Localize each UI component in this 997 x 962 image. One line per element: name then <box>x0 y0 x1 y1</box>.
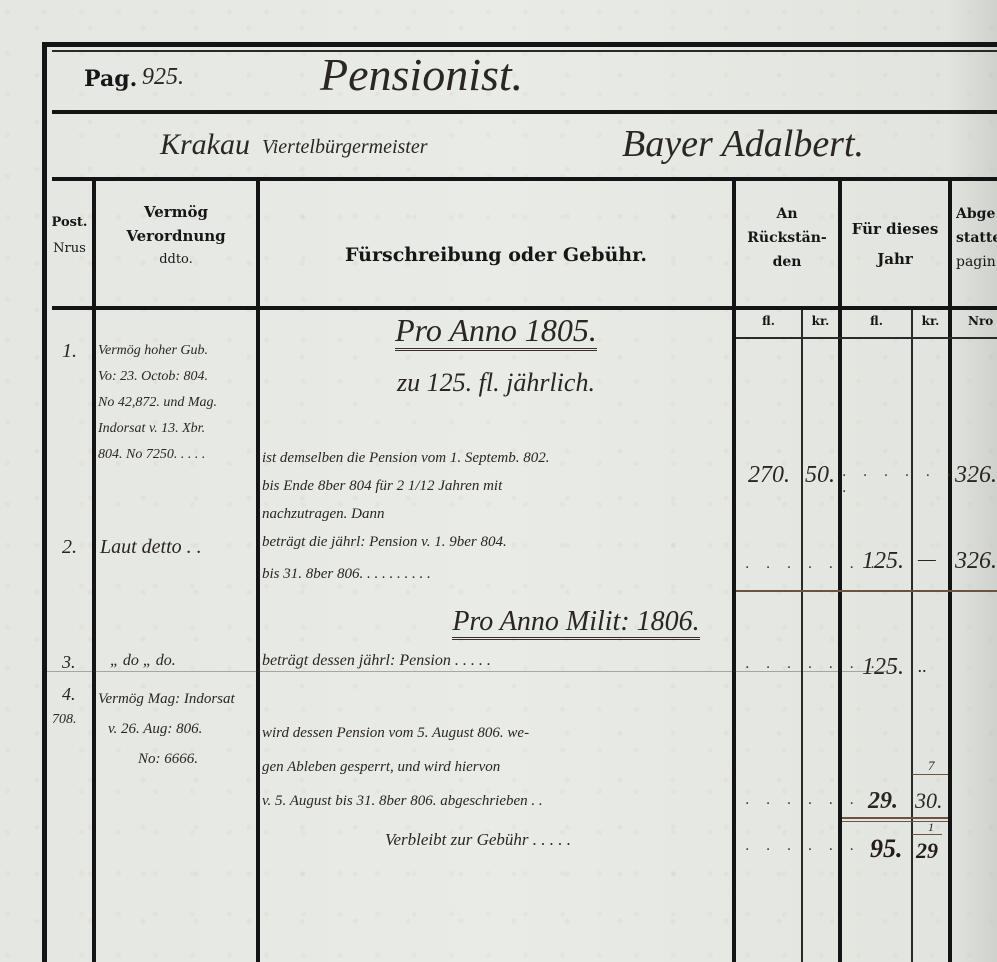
summary-kr-note-rule <box>912 834 942 835</box>
entry-3-jahr-fl: 125. <box>862 654 904 681</box>
subheader-rueck-fl: fl. <box>736 314 801 328</box>
col-rule-post <box>92 181 96 962</box>
col-rule-jahr-kr <box>911 310 913 962</box>
entry-2-text-line: beträgt die jährl: Pension v. 1. 9ber 80… <box>262 526 732 558</box>
header-nrus-label: Nrus <box>47 236 92 262</box>
entry-4-kr-note-rule <box>912 774 948 775</box>
subheader-rule <box>736 337 997 339</box>
header-abge-line1: Abge <box>956 202 997 226</box>
page-header: Pag. 925. Pensionist. <box>52 52 997 110</box>
entry-2-sum-rule <box>736 590 997 592</box>
header-post-label: Post. <box>47 210 92 236</box>
col-rule-vermoeg <box>256 181 260 962</box>
page-title: Pensionist. <box>320 48 523 101</box>
entry-4-jahr-kr-note: 7 <box>928 758 935 774</box>
summary-label: Verbleibt zur Gebühr . . . . . <box>385 830 571 850</box>
entry-1-vermoeg-line: 804. No 7250. . . . . <box>98 442 258 468</box>
header-vermoeg-line3: ddto. <box>96 248 256 272</box>
header-rueck-line3: den <box>736 250 838 274</box>
header-fuerschreibung-label: Fürschreibung oder Gebühr. <box>345 244 647 266</box>
entry-1-rueck-kr: 50. <box>805 462 835 489</box>
frame-left-border <box>42 42 47 962</box>
section-heading-1805: Pro Anno 1805. <box>260 312 732 349</box>
subject-name: Bayer Adalbert. <box>622 122 864 166</box>
col-rule-abge <box>948 181 952 962</box>
header-vermoeg-line1: Vermög <box>96 200 256 224</box>
section-heading-1806: Pro Anno Milit: 1806. <box>260 606 732 638</box>
entry-2-text-line: bis 31. 8ber 806. . . . . . . . . . <box>262 558 732 590</box>
entry-2-text: beträgt die jährl: Pension v. 1. 9ber 80… <box>262 526 732 590</box>
header-dieses-jahr: Für dieses Jahr <box>842 214 948 274</box>
entry-4-post-sub: 708. <box>52 712 77 728</box>
entry-4-vermoeg-line: No: 6666. <box>98 744 258 774</box>
entry-4-text: wird dessen Pension vom 5. August 806. w… <box>262 716 732 818</box>
entry-4-vermoeg-line: Vermög Mag: Indorsat <box>98 684 258 714</box>
summary-kr: 29 <box>916 838 938 864</box>
entry-1-vermoeg-line: Indorsat v. 13. Xbr. <box>98 416 258 442</box>
entry-1-text-line: bis Ende 8ber 804 für 2 1/12 Jahren mit <box>262 472 732 500</box>
entry-4-post: 4. <box>62 684 76 705</box>
entry-3-jahr-kr: .. <box>918 656 927 677</box>
subject-role: Viertelbürgermeister <box>262 136 428 159</box>
header-fuerschreibung: Fürschreibung oder Gebühr. <box>260 244 732 266</box>
entry-3-dots: · · · · · · · <box>745 660 881 676</box>
entry-4-text-line: v. 5. August bis 31. 8ber 806. abgeschri… <box>262 784 732 818</box>
section-heading-1805-text: Pro Anno 1805. <box>395 312 597 351</box>
page-number: 925. <box>142 64 184 91</box>
entry-1-vermoeg-line: No 42,872. und Mag. <box>98 390 258 416</box>
subject-row: Krakau Viertelbürgermeister Bayer Adalbe… <box>52 114 997 178</box>
entry-2-nro: 326. <box>955 548 997 575</box>
header-jahr-line1: Für dieses <box>842 214 948 244</box>
summary-fl: 95. <box>870 834 903 864</box>
subheader-jahr-kr: kr. <box>913 314 948 328</box>
entry-1-vermoeg-line: Vo: 23. Octob: 804. <box>98 364 258 390</box>
header-rueckstaende: An Rückstän- den <box>736 202 838 274</box>
entry-1-text-line: ist demselben die Pension vom 1. Septemb… <box>262 444 732 472</box>
entry-1-nro: 326. <box>955 462 997 489</box>
col-rule-rueck-kr <box>801 310 803 962</box>
entry-1-vermoeg: Vermög hoher Gub. Vo: 23. Octob: 804. No… <box>98 338 258 468</box>
entry-3-post: 3. <box>62 652 76 673</box>
header-rueck-line2: Rückstän- <box>736 226 838 250</box>
entry-2-jahr-kr: — <box>918 548 936 571</box>
subheader-rueck-kr: kr. <box>803 314 838 328</box>
entry-4-jahr-kr: 30. <box>915 788 943 814</box>
summary-rule-1 <box>842 817 948 819</box>
entry-4-text-line: gen Ableben gesperrt, und wird hiervon <box>262 750 732 784</box>
summary-kr-note: 1 <box>928 820 934 835</box>
header-post-nrus: Post. Nrus <box>47 210 92 262</box>
entry-2-post: 2. <box>62 536 77 559</box>
entry-4-dots: · · · · · · · <box>745 796 881 812</box>
entry-3-vermoeg: „ do „ do. <box>110 652 176 670</box>
header-jahr-line2: Jahr <box>842 244 948 274</box>
subject-divider <box>52 177 997 181</box>
entry-4-vermoeg: Vermög Mag: Indorsat v. 26. Aug: 806. No… <box>98 684 258 774</box>
header-abgestattet: Abge statte pagin <box>956 202 997 274</box>
summary-dots: · · · · · · · <box>745 842 881 858</box>
header-vermoeg-line2: Verordnung <box>96 224 256 248</box>
header-abge-line2: statte <box>956 226 997 250</box>
entry-2-dots: · · · · · · · <box>745 560 881 576</box>
entry-4-jahr-fl: 29. <box>868 788 898 815</box>
entry-1-rueck-fl: 270. <box>748 462 790 489</box>
subheader-jahr-fl: fl. <box>842 314 911 328</box>
header-rueck-line1: An <box>736 202 838 226</box>
col-rule-text <box>732 181 736 962</box>
header-bottom-rule <box>52 306 997 310</box>
header-vermoeg: Vermög Verordnung ddto. <box>96 200 256 272</box>
header-abge-line3: pagin <box>956 250 997 274</box>
entry-1-text-line: nachzutragen. Dann <box>262 500 732 528</box>
entry-1-text: ist demselben die Pension vom 1. Septemb… <box>262 444 732 528</box>
subheader-nro: Nro <box>968 314 993 328</box>
entry-2-vermoeg: Laut detto . . <box>100 536 202 559</box>
entry-1-post: 1. <box>62 340 77 363</box>
section-rate-1805: zu 125. fl. jährlich. <box>260 368 732 398</box>
section-heading-1806-text: Pro Anno Milit: 1806. <box>452 606 699 640</box>
entry-1-vermoeg-line: Vermög hoher Gub. <box>98 338 258 364</box>
entry-3-text: beträgt dessen jährl: Pension . . . . . <box>262 652 732 670</box>
frame-top-border <box>42 42 997 47</box>
subject-location: Krakau <box>160 128 250 162</box>
page-label: Pag. <box>84 66 137 92</box>
entry-4-text-line: wird dessen Pension vom 5. August 806. w… <box>262 716 732 750</box>
entry-2-jahr-fl: 125. <box>862 548 904 575</box>
entry-4-vermoeg-line: v. 26. Aug: 806. <box>98 714 258 744</box>
